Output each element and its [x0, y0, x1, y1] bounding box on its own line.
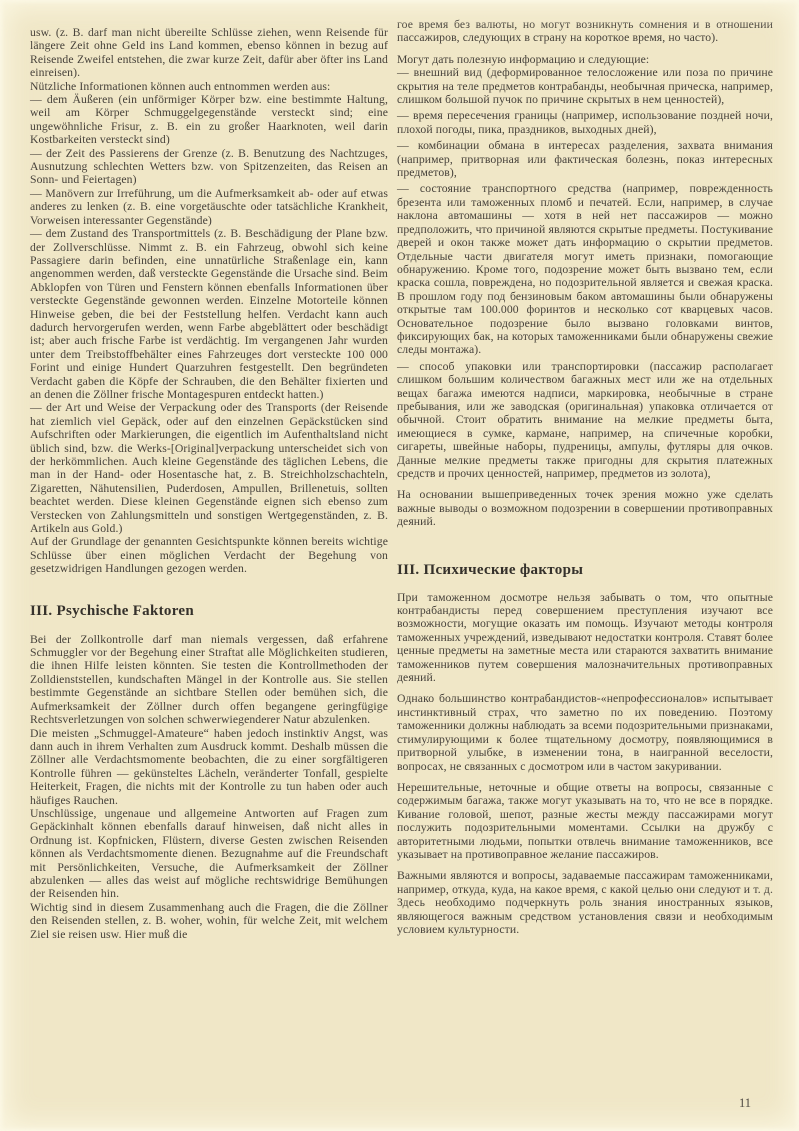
list-item-vehicle-condition: — dem Zustand des Transportmittels (z. B…	[30, 227, 388, 401]
list-item-appearance: — внешний вид (деформированное телосложе…	[397, 66, 773, 106]
paragraph-continuation: usw. (z. B. darf man nicht übereilte Sch…	[30, 26, 388, 80]
list-item-deception: — комбинации обмана в интересах разделен…	[397, 139, 773, 179]
list-item-vehicle-condition: — состояние транспортного средства (напр…	[397, 182, 773, 356]
paragraph-vague-answers: Unschlüssige, ungenaue und allgemeine An…	[30, 807, 388, 901]
paragraph-intro: Nützliche Informationen können auch entn…	[30, 80, 388, 93]
list-item-border-time: — der Zeit des Passierens der Grenze (z.…	[30, 147, 388, 187]
list-item-maneuvers: — Manövern zur Irreführung, um die Aufme…	[30, 187, 388, 227]
list-item-packaging: — способ упаковки или транспортировки (п…	[397, 360, 773, 481]
paragraph-intro: Могут дать полезную информацию и следующ…	[397, 53, 773, 66]
paragraph-conclusion: Auf der Grundlage der genannten Gesichts…	[30, 535, 388, 575]
paragraph-continuation: гое время без валюты, но могут возникнут…	[397, 18, 773, 45]
document-page: usw. (z. B. darf man nicht übereilte Sch…	[0, 0, 799, 1131]
list-item-appearance: — dem Äußeren (ein unförmiger Körper bzw…	[30, 93, 388, 147]
paragraph-amateur-smugglers: Die meisten „Schmuggel-Amateure“ haben j…	[30, 727, 388, 807]
paragraph-amateur-smugglers: Однако большинство контрабандистов-«непр…	[397, 692, 773, 772]
paragraph-questions: Wichtig sind in diesem Zusammenhang auch…	[30, 901, 388, 941]
list-item-border-time: — время пересечения границы (например, и…	[397, 109, 773, 136]
paragraph-questions: Важными являются и вопросы, задаваемые п…	[397, 869, 773, 936]
paragraph-smugglers-study: Bei der Zollkontrolle darf man niemals v…	[30, 633, 388, 727]
list-item-packaging: — der Art und Weise der Verpackung oder …	[30, 401, 388, 535]
german-column: usw. (z. B. darf man nicht übereilte Sch…	[30, 26, 388, 941]
paragraph-vague-answers: Нерешительные, неточные и общие ответы н…	[397, 781, 773, 861]
russian-column: гое время без валюты, но могут возникнут…	[397, 18, 773, 936]
section-heading-psychological-factors-ru: III. Психические факторы	[397, 561, 773, 579]
section-heading-psychological-factors-de: III. Psychische Faktoren	[30, 602, 388, 620]
paragraph-conclusion: На основании вышеприведенных точек зрени…	[397, 488, 773, 528]
paragraph-smugglers-study: При таможенном досмотре нельзя забывать …	[397, 591, 773, 685]
page-number: 11	[739, 1096, 751, 1111]
